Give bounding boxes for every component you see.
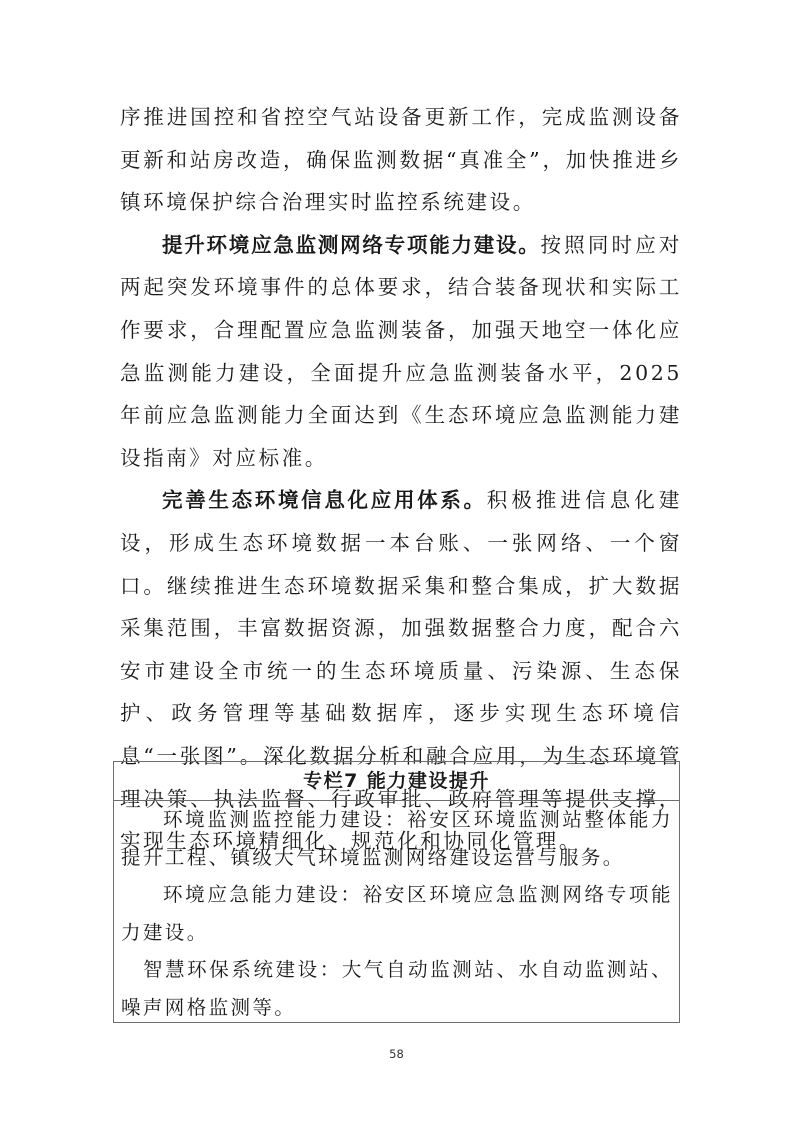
box-item: 环境监测监控能力建设：裕安区环境监测站整体能力提升工程、镇级大气环境监测网络建设… (121, 801, 673, 876)
box-title: 专栏7 能力建设提升 (114, 762, 679, 801)
paragraph-continuation: 序推进国控和省控空气站设备更新工作，完成监测设备更新和站房改造，确保监测数据“真… (120, 96, 682, 224)
box-item: 环境应急能力建设：裕安区环境应急监测网络专项能力建设。 (121, 876, 673, 951)
box-item: 智慧环保系统建设：大气自动监测站、水自动监测站、噪声网格监测等。 (121, 951, 673, 1026)
paragraph-heading: 完善生态环境信息化应用体系。 (162, 488, 487, 512)
body-text: 序推进国控和省控空气站设备更新工作，完成监测设备更新和站房改造，确保监测数据“真… (120, 96, 682, 863)
box-body: 环境监测监控能力建设：裕安区环境监测站整体能力提升工程、镇级大气环境监测网络建设… (114, 801, 679, 1026)
paragraph-text: 序推进国控和省控空气站设备更新工作，完成监测设备更新和站房改造，确保监测数据“真… (120, 105, 682, 214)
paragraph-heading: 提升环境应急监测网络专项能力建设。 (162, 233, 541, 257)
paragraph-emergency-monitoring: 提升环境应急监测网络专项能力建设。按照同时应对两起突发环境事件的总体要求，结合装… (120, 224, 682, 480)
document-page: 序推进国控和省控空气站设备更新工作，完成监测设备更新和站房改造，确保监测数据“真… (0, 0, 793, 1122)
paragraph-text: 按照同时应对两起突发环境事件的总体要求，结合装备现状和实际工作要求，合理配置应急… (120, 233, 682, 470)
sidebar-box-column-7: 专栏7 能力建设提升 环境监测监控能力建设：裕安区环境监测站整体能力提升工程、镇… (113, 761, 680, 1023)
page-number: 58 (0, 1047, 793, 1061)
